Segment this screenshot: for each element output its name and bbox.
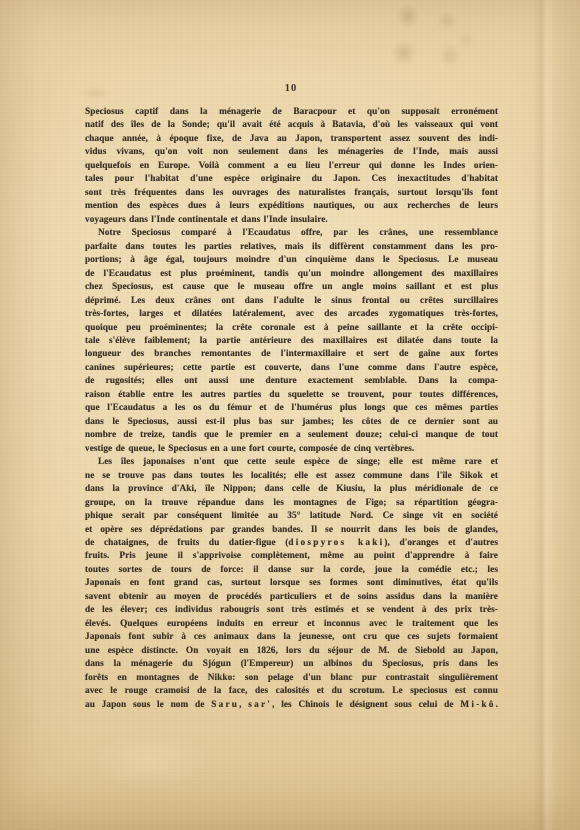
text-line: canines supérieures; cette partie est co… [85, 362, 498, 375]
text-line: voyageurs dans l'Inde continentale et da… [85, 214, 498, 227]
text-line: dans le Speciosus, aussi est-il plus bas… [85, 416, 498, 429]
text-line: toutes sortes de tours de force: il dans… [85, 564, 498, 577]
text-line: chaque année, à époque fixe, de Java au … [85, 133, 498, 146]
letterspaced-term: Saru [211, 700, 239, 710]
text-line: nombre de treize, tandis que le premier … [85, 429, 498, 442]
text-line: dans la province d'Aki, île Nippon; dans… [85, 483, 498, 496]
text-line: Les îles japonaises n'ont que cette seul… [85, 456, 498, 469]
text-line: de rugosités; elles ont aussi une dentur… [85, 375, 498, 388]
text-line: quelquefois en Europe. Voilà comment a e… [85, 160, 498, 173]
text-line: vestige de queue, le Speciosus en a une … [85, 443, 498, 456]
text-line: ne se trouve pas dans toutes les localit… [85, 470, 498, 483]
text-line: mention des espèces dues à leurs expédit… [85, 200, 498, 213]
page-text: Speciosus captif dans la ménagerie de Ba… [85, 106, 498, 712]
text-line: Japonais en font grand cas, surtout lors… [85, 577, 498, 590]
text-line: très-fortes, larges et dilatées latérale… [85, 308, 498, 321]
text-line: au Japon sous le nom de Saru, sar', les … [85, 699, 498, 712]
text-line: vidus vivans, qu'on voit non seulement d… [85, 146, 498, 159]
text-line: tale s'élève faiblement; la partie antér… [85, 335, 498, 348]
text-line: longueur des branches remontantes de l'i… [85, 348, 498, 361]
text-line: de l'Ecaudatus est plus proéminent, tand… [85, 268, 498, 281]
text-line: groupe, on la trouve répandue dans les m… [85, 497, 498, 510]
text-line: savent obtenir au moyen de procédés part… [85, 591, 498, 604]
text-line: portions; à âge égal, toujours moindre d… [85, 254, 498, 267]
text-line: natif des îles de la Sonde; qu'il avait … [85, 119, 498, 132]
text-line: Notre Speciosus comparé à l'Ecaudatus of… [85, 227, 498, 240]
text-line: que l'Ecaudatus a les os du fémur et de … [85, 402, 498, 415]
text-line: une espèce distincte. On voyait en 1826,… [85, 645, 498, 658]
text-line: fruits. Pris jeune il s'apprivoise compl… [85, 550, 498, 563]
text-line: de les élever; ces individus rabougris s… [85, 604, 498, 617]
letterspaced-term: sar' [248, 700, 272, 710]
text-line: parfaite dans toutes les parties relativ… [85, 241, 498, 254]
text-line: chez Speciosus, est cause que le museau … [85, 281, 498, 294]
letterspaced-term: Mi-kô [460, 700, 495, 710]
text-line: Speciosus captif dans la ménagerie de Ba… [85, 106, 498, 119]
text-line: élevés. Quelques européens induits en er… [85, 618, 498, 631]
text-line: raison établie entre les autres parties … [85, 389, 498, 402]
text-line: sont très fréquentes dans les ouvrages d… [85, 187, 498, 200]
letterspaced-term: diospyros kaki [288, 538, 384, 548]
text-line: tales pour l'habitat d'une espèce origin… [85, 173, 498, 186]
text-line: forêts en montagnes de Nikko: son pelage… [85, 672, 498, 685]
text-line: quoique peu proéminentes; la crête coron… [85, 322, 498, 335]
book-page: 10 Speciosus captif dans la ménagerie de… [0, 0, 580, 830]
text-line: phique serait par conséquent limitée au … [85, 510, 498, 523]
text-line: dans la ménagerie du Sjógun (l'Empereur)… [85, 658, 498, 671]
text-line: déprimé. Les deux crânes ont dans l'adul… [85, 295, 498, 308]
page-edge-shadow [533, 0, 555, 830]
text-line: de chataignes, de fruits du datier-figue… [85, 537, 498, 550]
text-line: et opère ses déprédations par grandes ba… [85, 524, 498, 537]
text-line: avec le rouge cramoisi de la face, des c… [85, 685, 498, 698]
page-number: 10 [0, 83, 580, 94]
text-line: Japonais font subir à ces animaux dans l… [85, 631, 498, 644]
